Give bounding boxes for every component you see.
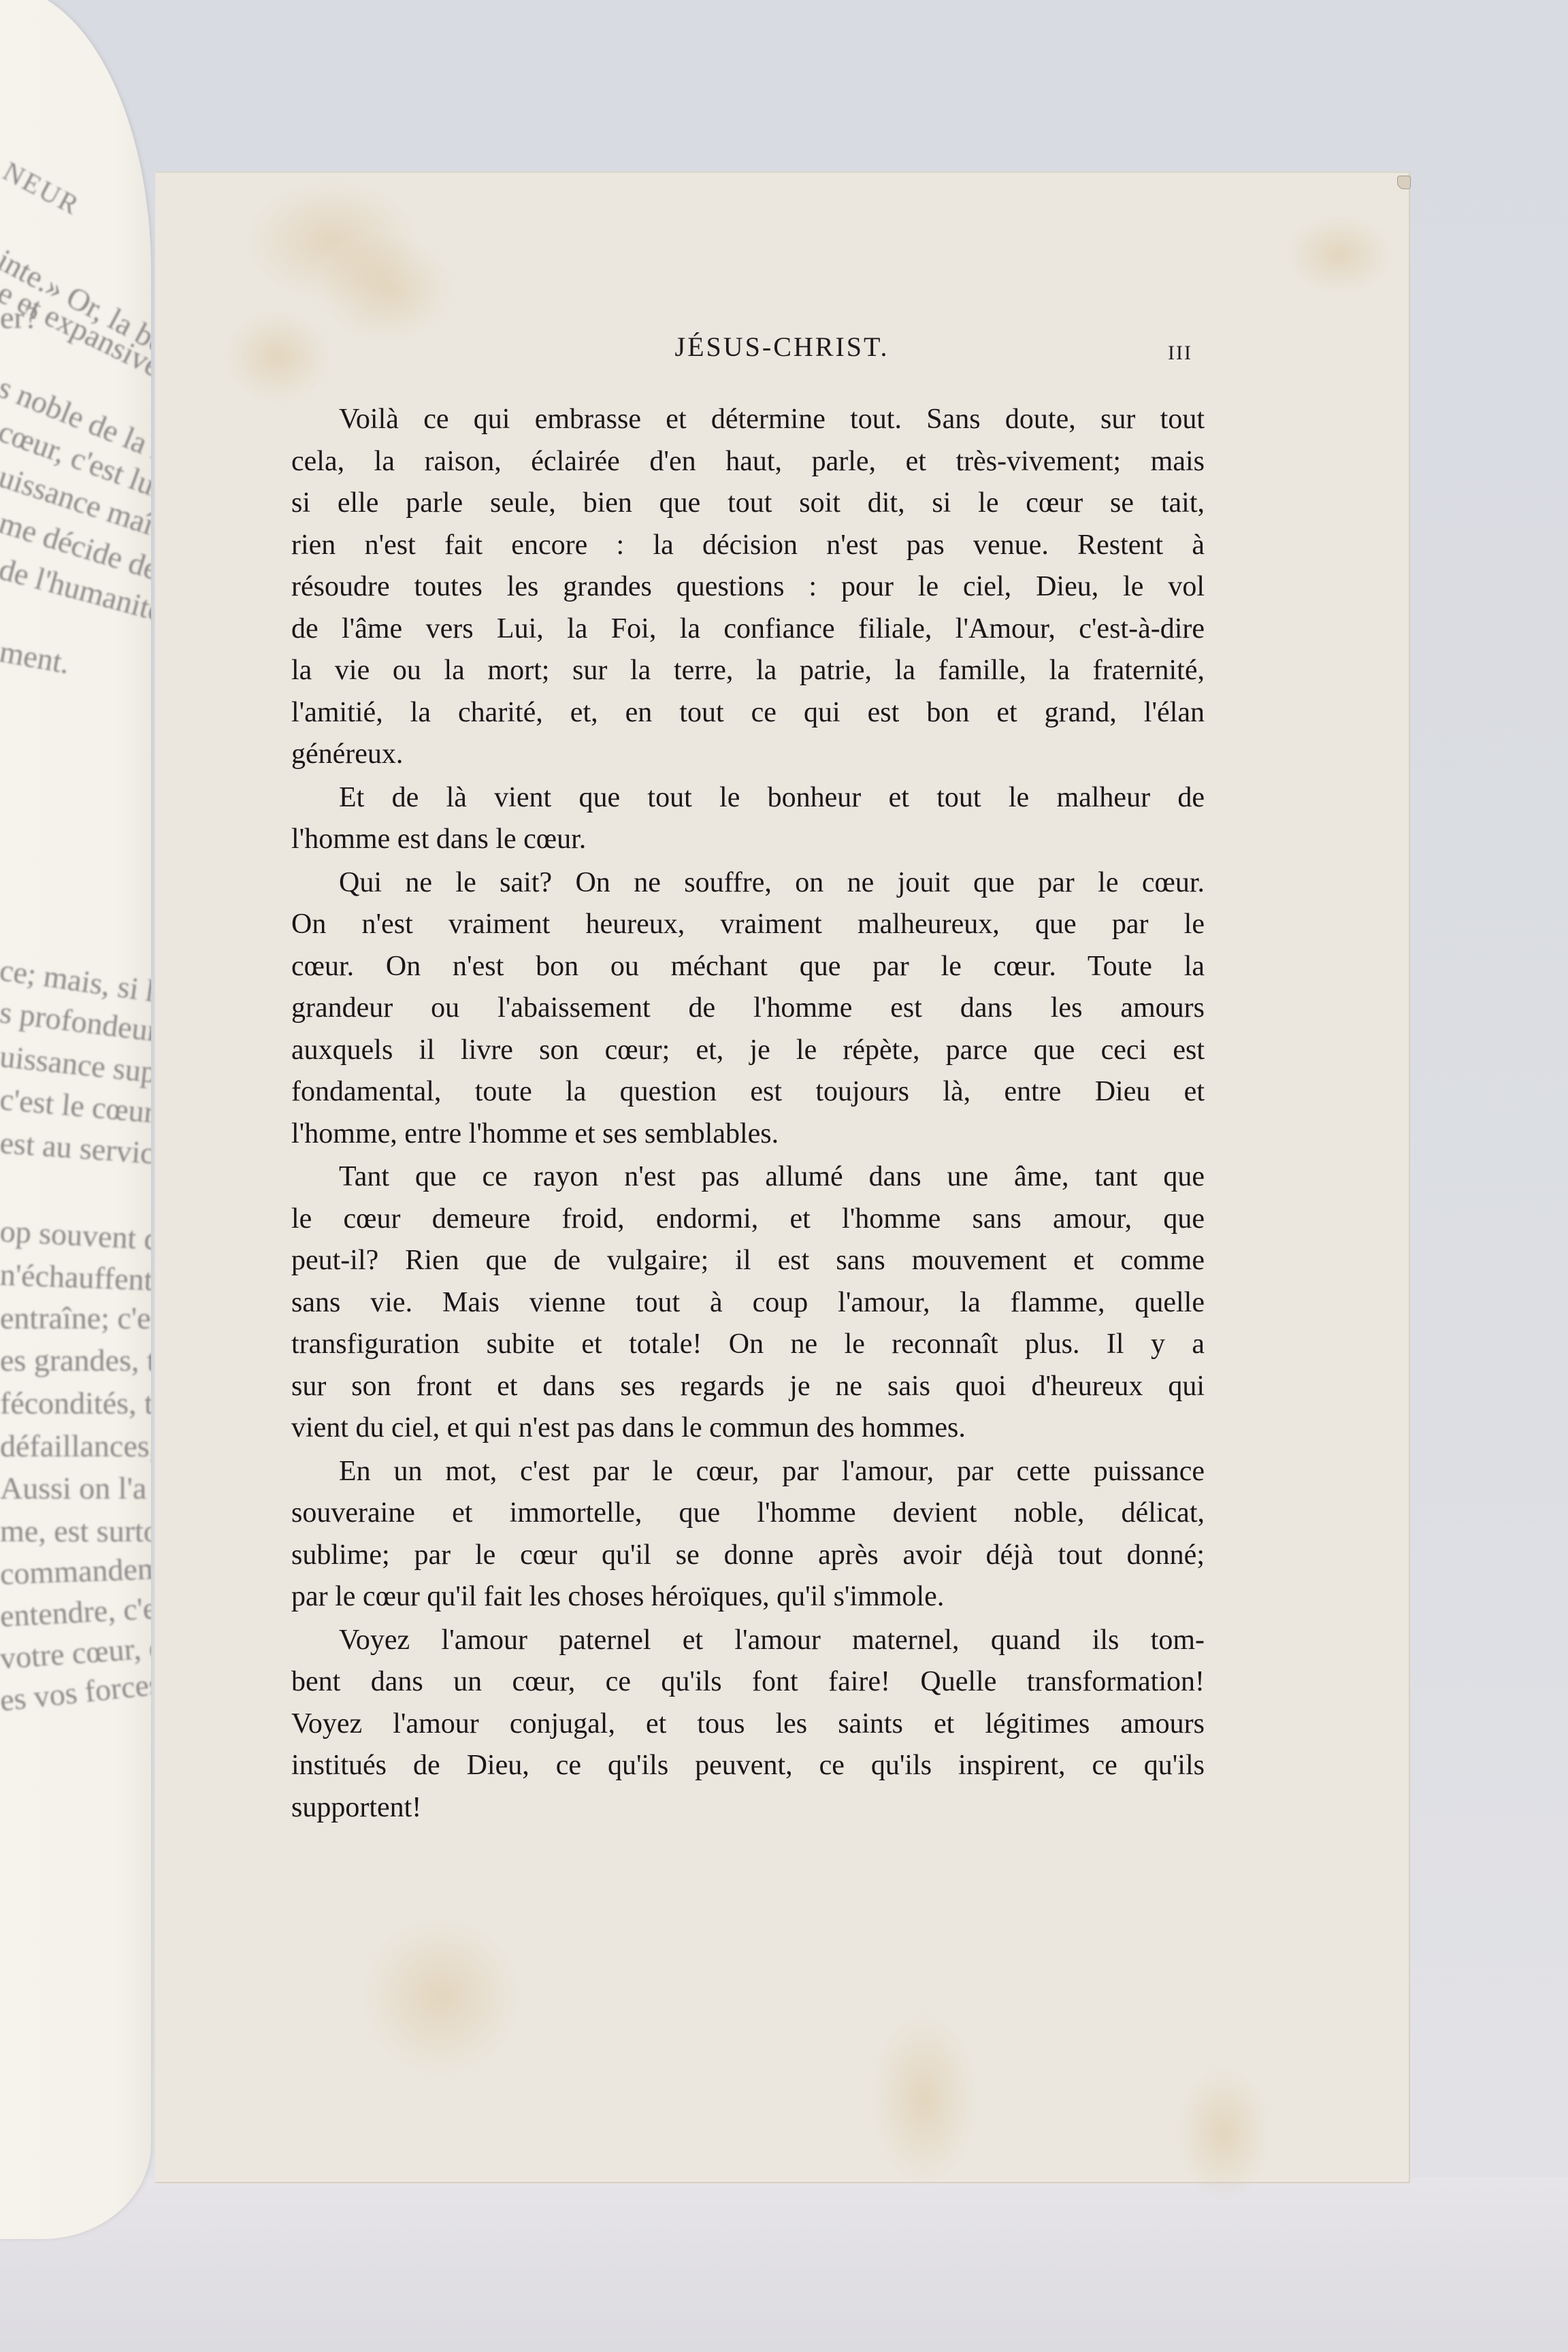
text-line: l'homme, entre l'homme et ses semblables…	[291, 1113, 1205, 1156]
left-page-line: er?	[0, 299, 38, 336]
paragraph: En un mot, c'est par le cœur, par l'amou…	[291, 1451, 1205, 1618]
running-head: JÉSUS-CHRIST.	[155, 331, 1409, 363]
text-line: bent dans un cœur, ce qu'ils font faire!…	[291, 1661, 1205, 1703]
paragraph: Voyez l'amour paternel et l'amour matern…	[291, 1620, 1205, 1829]
left-page-line: commandement	[0, 1549, 151, 1592]
left-page-line: es grandes, tous	[0, 1342, 151, 1378]
text-line: fondamental, toute la question est toujo…	[291, 1071, 1205, 1113]
paragraph: Et de là vient que tout le bonheur et to…	[291, 777, 1205, 861]
text-line: résoudre toutes les grandes questions : …	[291, 566, 1205, 608]
left-page-line: ment.	[0, 633, 73, 681]
text-line: sublime; par le cœur qu'il se donne aprè…	[291, 1535, 1205, 1577]
text-line: Voyez l'amour conjugal, et tous les sain…	[291, 1703, 1205, 1746]
foxing-stain	[870, 2010, 979, 2187]
left-page-line: est au service de	[0, 1124, 151, 1175]
text-line: vient du ciel, et qui n'est pas dans le …	[291, 1407, 1205, 1450]
body-text: Voilà ce qui embrasse et détermine tout.…	[291, 399, 1205, 1830]
text-line: l'homme est dans le cœur.	[291, 819, 1205, 861]
text-line: l'amitié, la charité, et, en tout ce qui…	[291, 692, 1205, 734]
text-line: Voilà ce qui embrasse et détermine tout.…	[291, 399, 1205, 441]
left-page-line: entendre, c'est	[0, 1588, 151, 1634]
text-line: par le cœur qu'il fait les choses héroïq…	[291, 1576, 1205, 1618]
text-line: de l'âme vers Lui, la Foi, la confiance …	[291, 608, 1205, 651]
text-line: grandeur ou l'abaissement de l'homme est…	[291, 987, 1205, 1030]
text-line: rien n'est fait encore : la décision n'e…	[291, 525, 1205, 567]
text-line: cela, la raison, éclairée d'en haut, par…	[291, 441, 1205, 483]
paragraph: Tant que ce rayon n'est pas allumé dans …	[291, 1156, 1205, 1450]
paragraph: Voilà ce qui embrasse et détermine tout.…	[291, 399, 1205, 776]
text-line: On n'est vraiment heureux, vraiment malh…	[291, 904, 1205, 946]
left-page-line: défaillances, tous	[0, 1428, 151, 1464]
text-line: la vie ou la mort; sur la terre, la patr…	[291, 650, 1205, 692]
text-line: généreux.	[291, 734, 1205, 776]
text-line: Qui ne le sait? On ne souffre, on ne jou…	[291, 862, 1205, 904]
text-line: transfiguration subite et totale! On ne …	[291, 1324, 1205, 1366]
right-page: JÉSUS-CHRIST. III Voilà ce qui embrasse …	[155, 171, 1410, 2183]
foxing-stain	[359, 1915, 523, 2078]
left-page-line: Aussi on l'a dit,	[0, 1470, 151, 1506]
text-line: En un mot, c'est par le cœur, par l'amou…	[291, 1451, 1205, 1493]
text-line: supportent!	[291, 1787, 1205, 1829]
foxing-stain	[1176, 2065, 1271, 2201]
left-facing-page: NEUR inte.» Or, la bonté, e et expansive…	[0, 0, 151, 2239]
paragraph: Qui ne le sait? On ne souffre, on ne jou…	[291, 862, 1205, 1156]
text-line: le cœur demeure froid, endormi, et l'hom…	[291, 1198, 1205, 1241]
foxing-stain	[318, 234, 455, 343]
text-line: sur son front et dans ses regards je ne …	[291, 1366, 1205, 1408]
table-surface	[0, 2178, 1568, 2352]
left-page-line: n'échauffent pas	[0, 1256, 151, 1299]
text-line: Voyez l'amour paternel et l'amour matern…	[291, 1620, 1205, 1662]
text-line: cœur. On n'est bon ou méchant que par le…	[291, 946, 1205, 988]
text-line: auxquels il livre son cœur; et, je le ré…	[291, 1030, 1205, 1072]
left-page-line: entraîne; c'est l	[0, 1300, 151, 1336]
text-line: Et de là vient que tout le bonheur et to…	[291, 777, 1205, 819]
left-page-line: me, est surtout	[0, 1513, 151, 1549]
text-line: institués de Dieu, ce qu'ils peuvent, ce…	[291, 1745, 1205, 1787]
left-page-line: op souvent qu'u	[0, 1213, 151, 1259]
page-number: III	[1168, 342, 1192, 365]
text-line: sans vie. Mais vienne tout à coup l'amou…	[291, 1282, 1205, 1324]
text-line: si elle parle seule, bien que tout soit …	[291, 483, 1205, 525]
left-page-line: fécondités, toutes	[0, 1385, 151, 1421]
corner-fold	[1397, 176, 1411, 189]
text-line: Tant que ce rayon n'est pas allumé dans …	[291, 1156, 1205, 1198]
text-line: souveraine et immortelle, que l'homme de…	[291, 1492, 1205, 1535]
left-page-running-head: NEUR	[0, 155, 86, 222]
foxing-stain	[1285, 214, 1394, 295]
text-line: peut-il? Rien que de vulgaire; il est sa…	[291, 1240, 1205, 1282]
